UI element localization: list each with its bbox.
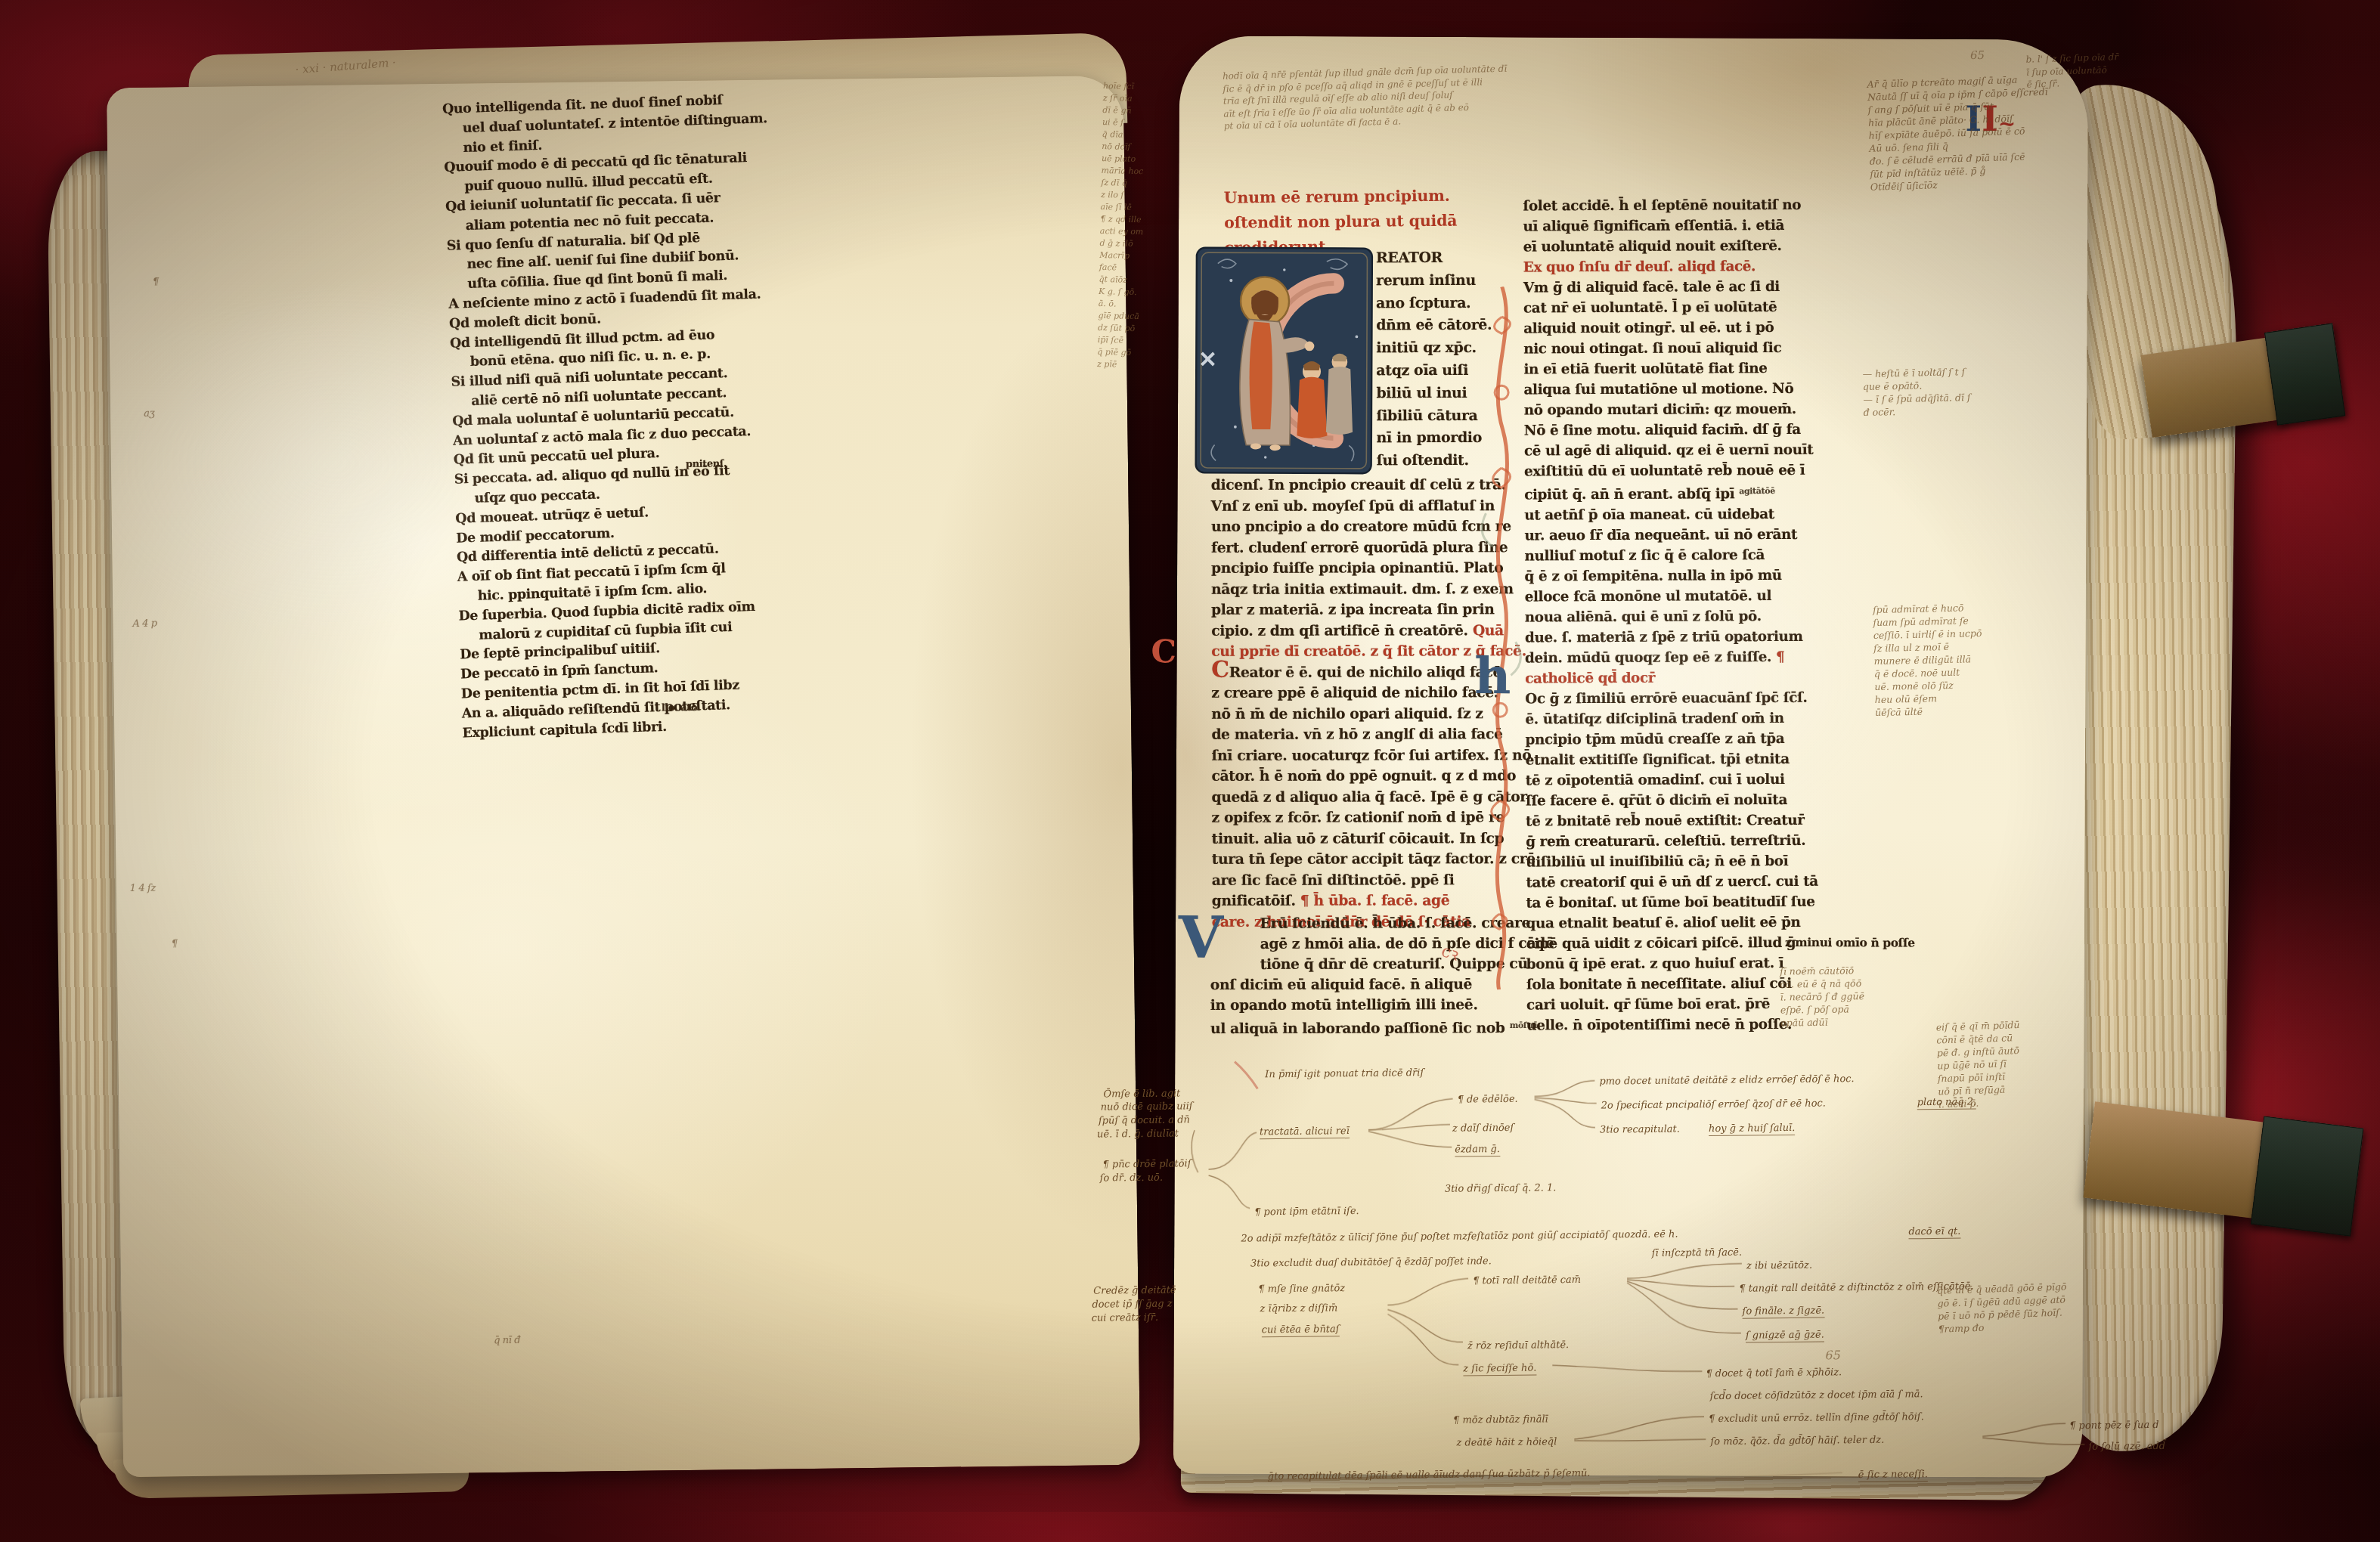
manuscript-photo: · xxi · naturalem · Quo intelligenda ſit… [0,0,2380,1542]
blue-initial-h: h [1474,646,1511,705]
right-margin-gloss-b: — heſtū ē ī uoltāſ ſ t ſque ē opātō.— ī … [1862,361,2135,419]
orange-robe [1249,322,1272,430]
right-margin-gloss-c: ſpū admīrat ē hucōſuam ſpū admīrat ſeceſ… [1873,597,2147,719]
intercolumn-filigree-bar [1469,286,1532,989]
left-page-marks: pnitenſ.llo. atō.¶aʒA 4 p1 4 ſz¶q̄ nī đ [107,76,1140,1477]
metal-clasp-icon [2264,324,2345,426]
red-paragraph-C: C [1151,633,1176,670]
margin-note-dark: z minui omīo n̄ poſſe [1785,935,1915,950]
top-margin-annotations: hodī oīa q̄ nr̄ē pſentāt ſup illud gnāle… [1223,58,1663,132]
left-page: · xxi · naturalem · Quo intelligenda ſit… [107,76,1140,1477]
metal-clasp-icon [2251,1116,2363,1236]
right-margin-gloss-a: Ar̄ q̄ ūlīo p tcreāto magiſ ā uīgaNāutā … [1867,68,2195,194]
gutter-gloss-column: hoīe ſcīz ſr̄ oīadī ē gn̄ui ē ſq̄ dīanō … [1097,80,1185,372]
historiated-initial-miniature [1193,244,1375,476]
folio-number-top: 65 [1970,48,1985,62]
hand [1305,342,1315,351]
col2-text: ſolet accidē. h̄ el ſeptēnē nouitatiſ no… [1523,194,1882,1036]
